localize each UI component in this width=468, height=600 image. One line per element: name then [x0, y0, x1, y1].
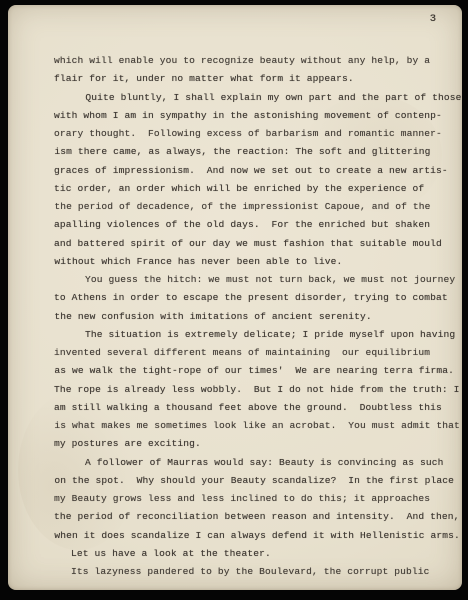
typed-line: on the spot. Why should your Beauty scan… [54, 472, 450, 490]
typed-line: the period of decadence, of the impressi… [54, 198, 450, 216]
typed-line: The situation is extremely delicate; I p… [54, 326, 450, 344]
typed-line: my Beauty grows less and less inclined t… [54, 490, 450, 508]
photographed-page: 3 which will enable you to recognize bea… [0, 0, 468, 600]
typed-line: am still walking a thousand feet above t… [54, 399, 450, 417]
typed-line: Let us have a look at the theater. [54, 545, 450, 563]
typed-line: Its lazyness pandered to by the Boulevar… [54, 563, 450, 581]
page-number: 3 [430, 13, 436, 25]
typed-line: with whom I am in sympathy in the astoni… [54, 107, 450, 125]
typed-line: flair for it, under no matter what form … [54, 70, 450, 88]
typed-line: ism there came, as always, the reaction:… [54, 143, 450, 161]
typed-line: Quite bluntly, I shall explain my own pa… [54, 89, 450, 107]
typed-line: as we walk the tight-rope of our times' … [54, 362, 450, 380]
typed-line: The rope is already less wobbly. But I d… [54, 381, 450, 399]
typed-line: You guess the hitch: we must not turn ba… [54, 271, 450, 289]
typed-line: which will enable you to recognize beaut… [54, 52, 450, 70]
typed-line: when it does scandalize I can always def… [54, 527, 450, 545]
typed-line: the new confusion with imitations of anc… [54, 308, 450, 326]
typed-line: graces of impressionism. And now we set … [54, 162, 450, 180]
typed-line: invented several different means of main… [54, 344, 450, 362]
typed-line: and battered spirit of our day we must f… [54, 235, 450, 253]
typed-line: is what makes me sometimes look like an … [54, 417, 450, 435]
typed-line: apalling violences of the old days. For … [54, 216, 450, 234]
typewritten-page: 3 which will enable you to recognize bea… [8, 5, 462, 590]
typed-line: to Athens in order to escape the present… [54, 289, 450, 307]
typed-line: without which France has never been able… [54, 253, 450, 271]
typed-line: orary thought. Following excess of barba… [54, 125, 450, 143]
typed-line: my postures are exciting. [54, 435, 450, 453]
typed-line: the period of reconciliation between rea… [54, 508, 450, 526]
typed-line: tic order, an order which will be enrich… [54, 180, 450, 198]
typed-line: A follower of Maurras would say: Beauty … [54, 454, 450, 472]
typed-lines: which will enable you to recognize beaut… [54, 52, 450, 581]
